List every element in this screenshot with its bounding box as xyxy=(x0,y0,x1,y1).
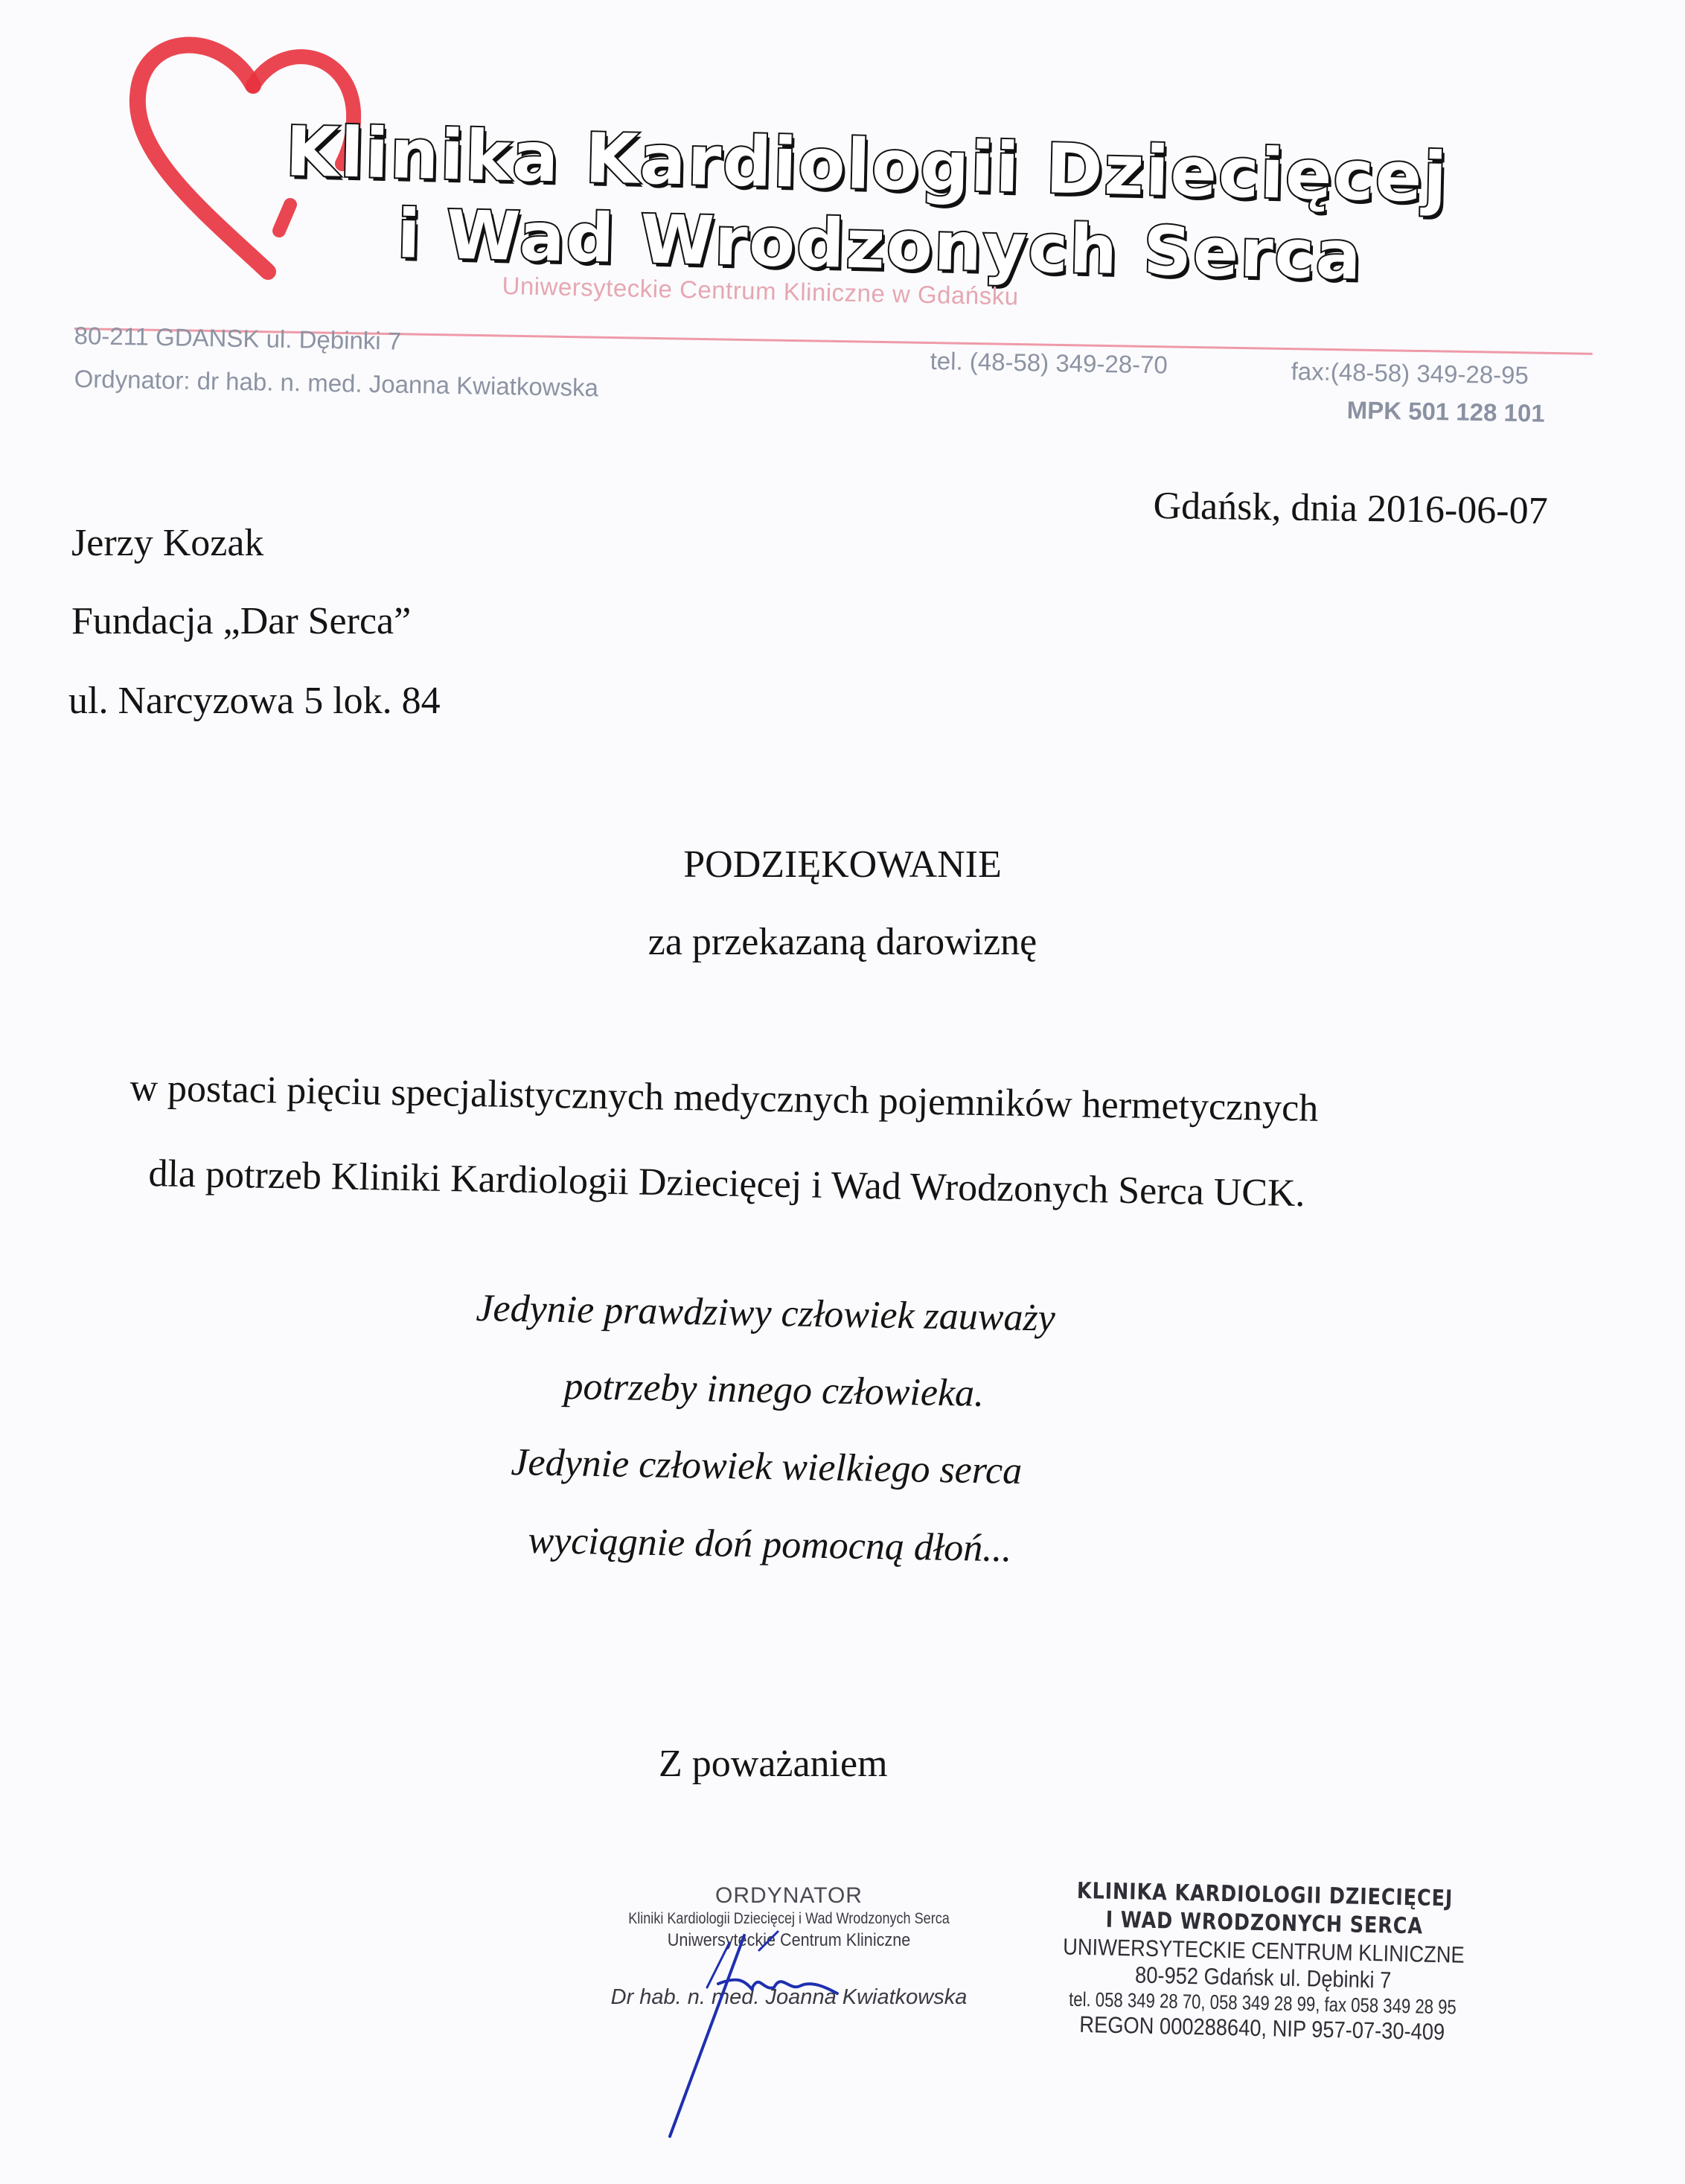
closing: Z poważaniem xyxy=(659,1742,888,1786)
recipient-organization: Fundacja „Dar Serca” xyxy=(71,599,411,643)
clinic-address: 80-211 GDANSK ul. Dębinki 7 xyxy=(74,322,401,356)
clinic-head: Ordynator: dr hab. n. med. Joanna Kwiatk… xyxy=(74,365,598,402)
recipient-name: Jerzy Kozak xyxy=(71,521,263,565)
quote-line: Jedynie prawdziwy człowiek zauważy xyxy=(476,1286,1055,1341)
quote-line: potrzeby innego człowieka. xyxy=(563,1364,985,1416)
letter-heading: PODZIĘKOWANIE xyxy=(0,843,1685,887)
clinic-phone: tel. (48-58) 349-28-70 xyxy=(930,347,1168,380)
letter-heading-sub: za przekazaną darowiznę xyxy=(0,920,1685,964)
quote-line: wyciągnie doń pomocną dłoń... xyxy=(528,1519,1012,1571)
clinic-mpk: MPK 501 128 101 xyxy=(1346,396,1545,428)
letter-date: Gdańsk, dnia 2016-06-07 xyxy=(1153,484,1548,533)
body-line: dla potrzeb Kliniki Kardiologii Dziecięc… xyxy=(148,1152,1305,1216)
handwritten-signature xyxy=(655,1898,893,2144)
body-line: w postaci pięciu specjalistycznych medyc… xyxy=(130,1066,1319,1131)
recipient-address: ul. Narcyzowa 5 lok. 84 xyxy=(68,679,441,723)
quote-line: Jedynie człowiek wielkiego serca xyxy=(511,1440,1023,1493)
clinic-fax: fax:(48-58) 349-28-95 xyxy=(1291,357,1529,390)
clinic-stamp: KLINIKA KARDIOLOGII DZIECIĘCEJ I WAD WRO… xyxy=(1008,1876,1518,2047)
